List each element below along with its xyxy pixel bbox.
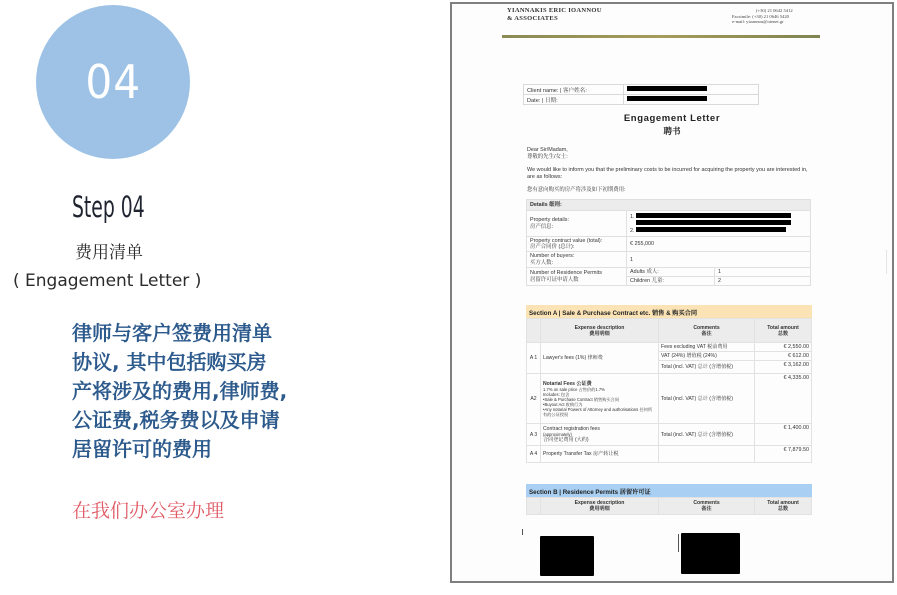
- row-index: A 3: [527, 424, 541, 446]
- contract-value: € 255,000: [627, 237, 811, 252]
- row-comment: VAT (24%) 增值税 (24%): [659, 352, 755, 361]
- firm-name: YIANNAKIS ERIC IOANNOU & ASSOCIATES: [507, 7, 602, 23]
- header-cn: 费用明细: [543, 331, 656, 337]
- adults-label: Adults 成人:: [627, 267, 715, 276]
- item-num: 2.: [630, 228, 635, 234]
- row-index: A2: [527, 374, 541, 424]
- desc-bullets: Sale & Purchase Contract 销售购买合同 Buyout A…: [543, 397, 656, 417]
- redaction-bar: [627, 96, 707, 101]
- adults-value: 1: [715, 267, 811, 276]
- section-a-table: Expense description 费用明细 Comments 备注 Tot…: [526, 318, 812, 463]
- label-cn: 居留许可证申请人数: [530, 277, 623, 283]
- document-title: Engagement Letter: [452, 113, 892, 124]
- row-comment: [659, 446, 755, 463]
- engagement-letter-document: YIANNAKIS ERIC IOANNOU & ASSOCIATES (+30…: [450, 2, 894, 583]
- children-value: 2: [715, 277, 811, 286]
- row-comment: Fees excluding VAT 税前费用: [659, 343, 755, 352]
- header-cn: 总数: [757, 331, 809, 337]
- label-cn: 房产合同价 (总计):: [530, 244, 623, 250]
- redacted-signature-right: [681, 533, 740, 574]
- intro-text: We would like to inform you that the pre…: [527, 167, 812, 180]
- header-cn: 总数: [757, 506, 809, 512]
- section-b-header: Section B | Residence Permits 居留许可证: [526, 484, 812, 497]
- row-comment: Total (incl. VAT) 总计 (含增值税): [659, 361, 755, 374]
- buyers-value: 1: [627, 252, 811, 267]
- property-item: [630, 220, 807, 227]
- row-comment: Total (incl. VAT) 总计 (含增值税): [659, 424, 755, 446]
- description-line: 产将涉及的费用,律师费,: [72, 377, 342, 406]
- firm-email: e-mail: yioannou@otenet.gr: [732, 19, 827, 25]
- row-amount: € 1,400.00: [755, 424, 812, 446]
- step-subtitle-en: ( Engagement Letter ): [13, 271, 201, 291]
- property-details-label: Property details: 房产信息:: [527, 211, 627, 237]
- row-amount: € 2,550.00: [755, 343, 812, 352]
- client-name-value: [624, 85, 759, 95]
- step-title: Step 04: [72, 190, 145, 224]
- permits-label: Number of Residence Permits 居留许可证申请人数: [527, 267, 627, 285]
- table-row: A 3 Contract registration fees (approxim…: [527, 424, 812, 446]
- step-description: 律师与客户签费用清单 协议, 其中包括购买房 产将涉及的费用,律师费, 公证费,…: [72, 319, 342, 464]
- details-header: Details 细则:: [527, 200, 811, 211]
- firm-name-line2: & ASSOCIATES: [507, 15, 602, 23]
- client-info-table: Client name: | 客户姓名: Date: | 日期:: [523, 84, 759, 105]
- table-row: A 4 Property Transfer Tax 房产转让税 € 7,879.…: [527, 446, 812, 463]
- row-description: Property Transfer Tax 房产转让税: [541, 446, 659, 463]
- firm-name-line1: YIANNAKIS ERIC IOANNOU: [507, 7, 602, 15]
- date-label: Date: | 日期:: [524, 95, 624, 105]
- description-line: 协议, 其中包括购买房: [72, 348, 342, 377]
- letterhead-rule: [502, 35, 820, 38]
- section-b-table: Expense description 费用明细 Comments 备注 Tot…: [526, 497, 812, 515]
- row-index: A 1: [527, 343, 541, 374]
- client-name-label: Client name: | 客户姓名:: [524, 85, 624, 95]
- row-amount: € 7,879.50: [755, 446, 812, 463]
- step-number: 04: [85, 55, 141, 109]
- row-description: Contract registration fees (approximatel…: [541, 424, 659, 446]
- description-line: 公证费,税务费以及申请: [72, 406, 342, 435]
- row-comment: Total (incl. VAT) 总计 (含增值税): [659, 374, 755, 424]
- header-cn: 费用明细: [543, 506, 656, 512]
- date-value: [624, 95, 759, 105]
- buyers-label: Number of buyers: 买方人数:: [527, 252, 627, 267]
- salutation-en: Dear Sir/Madam,: [527, 147, 568, 154]
- expense-description-header: Expense description 费用明细: [541, 319, 659, 343]
- comments-header: Comments 备注: [659, 498, 755, 515]
- row-description: Notarial Fees 公证费 1.7% on sale price 占售价…: [541, 374, 659, 424]
- step-number-circle: 04: [36, 5, 190, 159]
- row-index: A 4: [527, 446, 541, 463]
- salutation: Dear Sir/Madam, 尊敬的先生/女士:: [527, 147, 568, 161]
- section-a-header: Section A | Sale & Purchase Contract etc…: [526, 305, 812, 318]
- signature-stroke: [522, 529, 523, 535]
- redaction-bar: [636, 220, 791, 225]
- expense-description-header: Expense description 费用明细: [541, 498, 659, 515]
- step-subtitle-cn: 费用清单: [75, 238, 143, 263]
- index-header: [527, 498, 541, 515]
- label-cn: 房产信息:: [530, 224, 623, 230]
- bullet-item: Any notarial Powers of Attorney and auth…: [543, 407, 656, 417]
- document-title-cn: 聘书: [452, 125, 892, 137]
- property-item: 1.: [630, 213, 807, 220]
- row-amount: € 4,335.00: [755, 374, 812, 424]
- property-item: 2.: [630, 227, 807, 234]
- table-row: A 1 Lawyer's fees (1%) 律师费 Fees excludin…: [527, 343, 812, 352]
- label-cn: 买方人数:: [530, 260, 623, 266]
- office-note: 在我们办公室办理: [72, 496, 224, 523]
- firm-contact: (+30) 21 0642 5412 Facsimile: (+30) 21 0…: [732, 8, 827, 25]
- total-amount-header: Total amount 总数: [755, 319, 812, 343]
- row-amount: € 3,162.00: [755, 361, 812, 374]
- description-line: 律师与客户签费用清单: [72, 319, 342, 348]
- header-cn: 备注: [661, 331, 752, 337]
- signature-stroke: [678, 534, 679, 552]
- contract-value-label: Property contract value (total): 房产合同价 (…: [527, 237, 627, 252]
- scan-artifact: [886, 250, 887, 274]
- redaction-bar: [627, 86, 707, 91]
- desc-cn: 合同登记费用 (大约): [543, 437, 656, 443]
- row-amount: € 612.00: [755, 352, 812, 361]
- total-amount-header: Total amount 总数: [755, 498, 812, 515]
- redacted-signature-left: [540, 536, 594, 576]
- redaction-bar: [636, 213, 791, 218]
- intro-text-cn: 您有意向购买的房产将涉及如下初期费用:: [527, 185, 626, 193]
- row-description: Lawyer's fees (1%) 律师费: [541, 343, 659, 374]
- property-details-value: 1. 2.: [627, 211, 811, 237]
- header-cn: 备注: [661, 506, 752, 512]
- item-num: 1.: [630, 214, 635, 220]
- table-row: A2 Notarial Fees 公证费 1.7% on sale price …: [527, 374, 812, 424]
- description-line: 居留许可的费用: [72, 435, 342, 464]
- redaction-bar: [636, 227, 786, 232]
- comments-header: Comments 备注: [659, 319, 755, 343]
- salutation-cn: 尊敬的先生/女士:: [527, 154, 568, 161]
- details-table: Details 细则: Property details: 房产信息: 1. 2…: [526, 199, 811, 286]
- children-label: Children 儿童:: [627, 277, 715, 286]
- index-header: [527, 319, 541, 343]
